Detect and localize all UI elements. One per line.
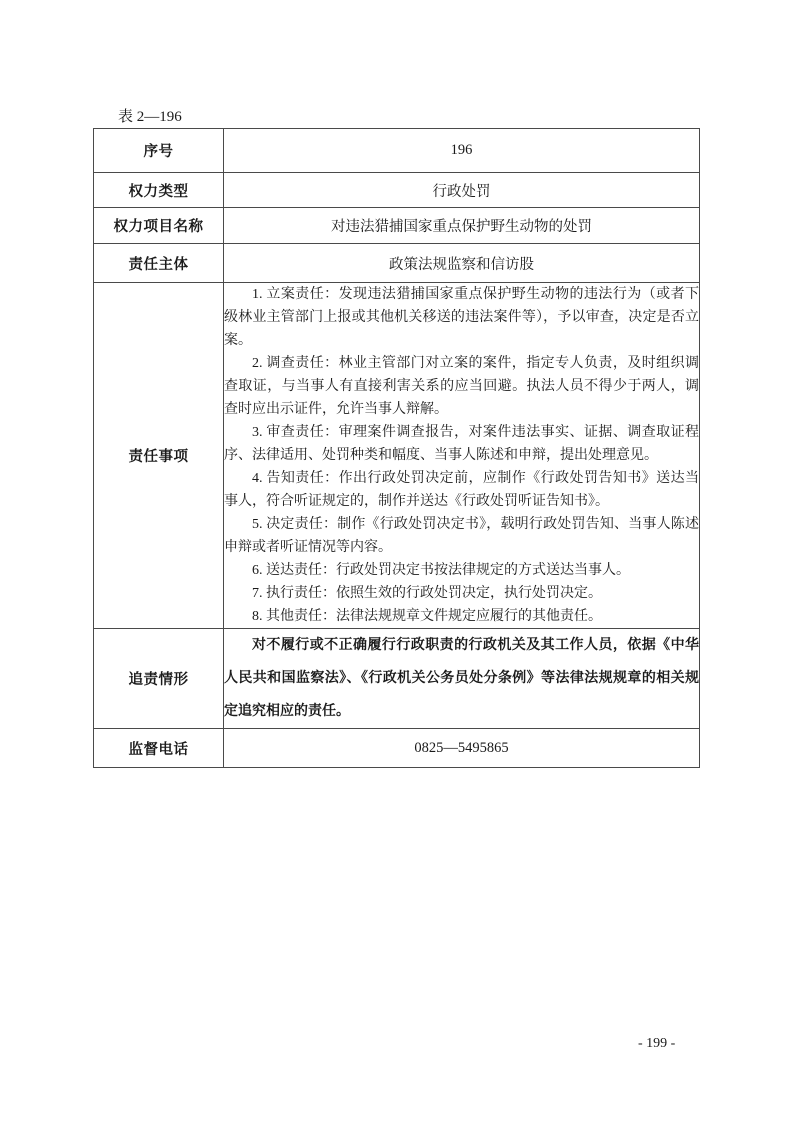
row-value-serial-number: 196 [224,129,700,173]
table-row-accountability-situations: 追责情形 对不履行或不正确履行行政职责的行政机关及其工作人员，依据《中华人民共和… [94,629,700,729]
row-label-serial-number: 序号 [94,129,224,173]
row-value-accountability-situations: 对不履行或不正确履行行政职责的行政机关及其工作人员，依据《中华人民共和国监察法》… [224,629,700,729]
accountability-text: 对不履行或不正确履行行政职责的行政机关及其工作人员，依据《中华人民共和国监察法》… [224,629,699,728]
responsibility-item-3: 3. 审查责任：审理案件调查报告，对案件违法事实、证据、调查取证程序、法律适用、… [224,421,699,467]
table-row-responsibility-items: 责任事项 1. 立案责任：发现违法猎捕国家重点保护野生动物的违法行为（或者下级林… [94,283,700,629]
row-value-power-item-name: 对违法猎捕国家重点保护野生动物的处罚 [224,208,700,244]
power-item-table: 序号 196 权力类型 行政处罚 权力项目名称 对违法猎捕国家重点保护野生动物的… [93,128,700,768]
row-value-supervision-phone: 0825—5495865 [224,729,700,768]
table-row-power-type: 权力类型 行政处罚 [94,173,700,208]
table-row-responsibility-subject: 责任主体 政策法规监察和信访股 [94,244,700,283]
responsibility-item-6: 6. 送达责任：行政处罚决定书按法律规定的方式送达当事人。 [224,559,699,582]
table-caption: 表 2—196 [118,105,182,126]
row-label-responsibility-items: 责任事项 [94,283,224,629]
responsibility-item-1: 1. 立案责任：发现违法猎捕国家重点保护野生动物的违法行为（或者下级林业主管部门… [224,283,699,352]
responsibility-item-7: 7. 执行责任：依照生效的行政处罚决定，执行处罚决定。 [224,582,699,605]
row-value-power-type: 行政处罚 [224,173,700,208]
row-value-responsibility-items: 1. 立案责任：发现违法猎捕国家重点保护野生动物的违法行为（或者下级林业主管部门… [224,283,700,629]
row-label-power-type: 权力类型 [94,173,224,208]
row-value-responsibility-subject: 政策法规监察和信访股 [224,244,700,283]
responsibility-item-2: 2. 调查责任：林业主管部门对立案的案件，指定专人负责，及时组织调查取证，与当事… [224,352,699,421]
row-label-power-item-name: 权力项目名称 [94,208,224,244]
table-row-serial-number: 序号 196 [94,129,700,173]
row-label-supervision-phone: 监督电话 [94,729,224,768]
table-row-power-item-name: 权力项目名称 对违法猎捕国家重点保护野生动物的处罚 [94,208,700,244]
document-page: 表 2—196 序号 196 权力类型 行政处罚 权力项目名称 对违法猎捕国家重… [0,0,793,1122]
responsibility-item-8: 8. 其他责任：法律法规规章文件规定应履行的其他责任。 [224,605,699,628]
row-label-accountability-situations: 追责情形 [94,629,224,729]
responsibility-item-4: 4. 告知责任：作出行政处罚决定前，应制作《行政处罚告知书》送达当事人，符合听证… [224,467,699,513]
responsibility-item-5: 5. 决定责任：制作《行政处罚决定书》，载明行政处罚告知、当事人陈述申辩或者听证… [224,513,699,559]
table-row-supervision-phone: 监督电话 0825—5495865 [94,729,700,768]
page-number: - 199 - [638,1036,675,1052]
row-label-responsibility-subject: 责任主体 [94,244,224,283]
